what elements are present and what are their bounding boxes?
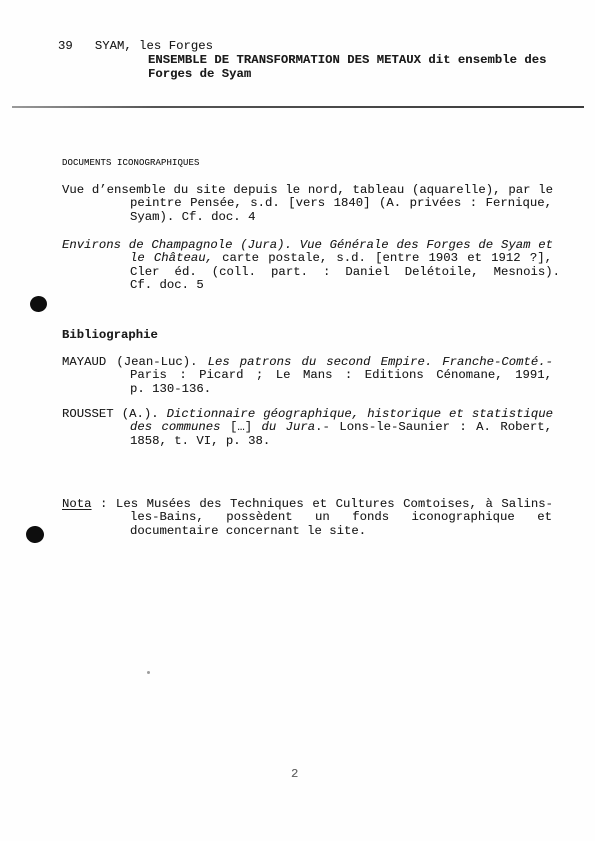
entry-line: peintre Pensée, s.d. [vers 1840] (A. pri… bbox=[130, 197, 552, 210]
bibliography-entry-rousset: ROUSSET (A.). Dictionnaire géographique,… bbox=[62, 408, 553, 448]
header-divider-rule bbox=[12, 106, 584, 108]
entry-line: Cf. doc. 5 bbox=[130, 279, 553, 292]
nota-text-segment: : Les Musées des Techniques et Cultures … bbox=[92, 497, 553, 511]
entry-text-segment: […] bbox=[230, 420, 262, 434]
page-number: 2 bbox=[291, 768, 298, 781]
entry-line: p. 130-136. bbox=[130, 383, 553, 396]
header-title-line1: ENSEMBLE DE TRANSFORMATION DES METAUX di… bbox=[148, 54, 546, 67]
scan-speck bbox=[147, 671, 150, 674]
entry-line: Paris : Picard ; Le Mans : Editions Céno… bbox=[130, 369, 552, 382]
entry-line: Vue d’ensemble du site depuis le nord, t… bbox=[62, 184, 553, 197]
bibliography-entry-mayaud: MAYAUD (Jean-Luc). Les patrons du second… bbox=[62, 356, 553, 396]
punch-hole-mark-bottom bbox=[25, 525, 45, 544]
header-reference-line: 39 SYAM, les Forges bbox=[58, 40, 213, 53]
scanned-document-page: 39 SYAM, les Forges ENSEMBLE DE TRANSFOR… bbox=[0, 0, 595, 841]
punch-hole-mark-top bbox=[29, 295, 48, 313]
nota-line: les-Bains, possèdent un fonds iconograph… bbox=[130, 511, 552, 524]
documents-section-heading: DOCUMENTS ICONOGRAPHIQUES bbox=[62, 158, 200, 168]
work-title-segment: Dictionnaire géographique, historique et… bbox=[167, 407, 553, 421]
entry-title-segment: le Château, bbox=[130, 251, 213, 265]
nota-line: Nota : Les Musées des Techniques et Cult… bbox=[62, 498, 553, 511]
entry-line: Environs de Champagnole (Jura). Vue Géné… bbox=[62, 239, 553, 252]
nota-label: Nota bbox=[62, 497, 92, 511]
iconographic-entry-2: Environs de Champagnole (Jura). Vue Géné… bbox=[62, 239, 553, 293]
entry-line: le Château, carte postale, s.d. [entre 1… bbox=[130, 252, 552, 265]
author-segment: ROUSSET (A.). bbox=[62, 407, 167, 421]
nota-line: documentaire concernant le site. bbox=[130, 525, 553, 538]
work-title-segment: du Jura bbox=[262, 420, 316, 434]
author-segment: MAYAUD (Jean-Luc). bbox=[62, 355, 208, 369]
entry-line: ROUSSET (A.). Dictionnaire géographique,… bbox=[62, 408, 553, 421]
entry-line: Cler éd. (coll. part. : Daniel Delétoile… bbox=[130, 266, 560, 279]
entry-text-segment: .- Lons-le-Saunier : A. Robert, bbox=[315, 420, 552, 434]
nota-paragraph: Nota : Les Musées des Techniques et Cult… bbox=[62, 498, 553, 538]
iconographic-entry-1: Vue d’ensemble du site depuis le nord, t… bbox=[62, 184, 553, 224]
entry-line: MAYAUD (Jean-Luc). Les patrons du second… bbox=[62, 356, 553, 369]
header-title-line2: Forges de Syam bbox=[148, 68, 251, 81]
work-title-segment: Les patrons du second Empire. Franche-Co… bbox=[208, 355, 553, 369]
work-title-segment: des communes bbox=[130, 420, 230, 434]
entry-line: 1858, t. VI, p. 38. bbox=[130, 435, 553, 448]
entry-line: Syam). Cf. doc. 4 bbox=[130, 211, 553, 224]
entry-line: des communes […] du Jura.- Lons-le-Sauni… bbox=[130, 421, 552, 434]
bibliography-section-heading: Bibliographie bbox=[62, 329, 158, 342]
entry-text-segment: carte postale, s.d. [entre 1903 et 1912 … bbox=[213, 251, 552, 265]
